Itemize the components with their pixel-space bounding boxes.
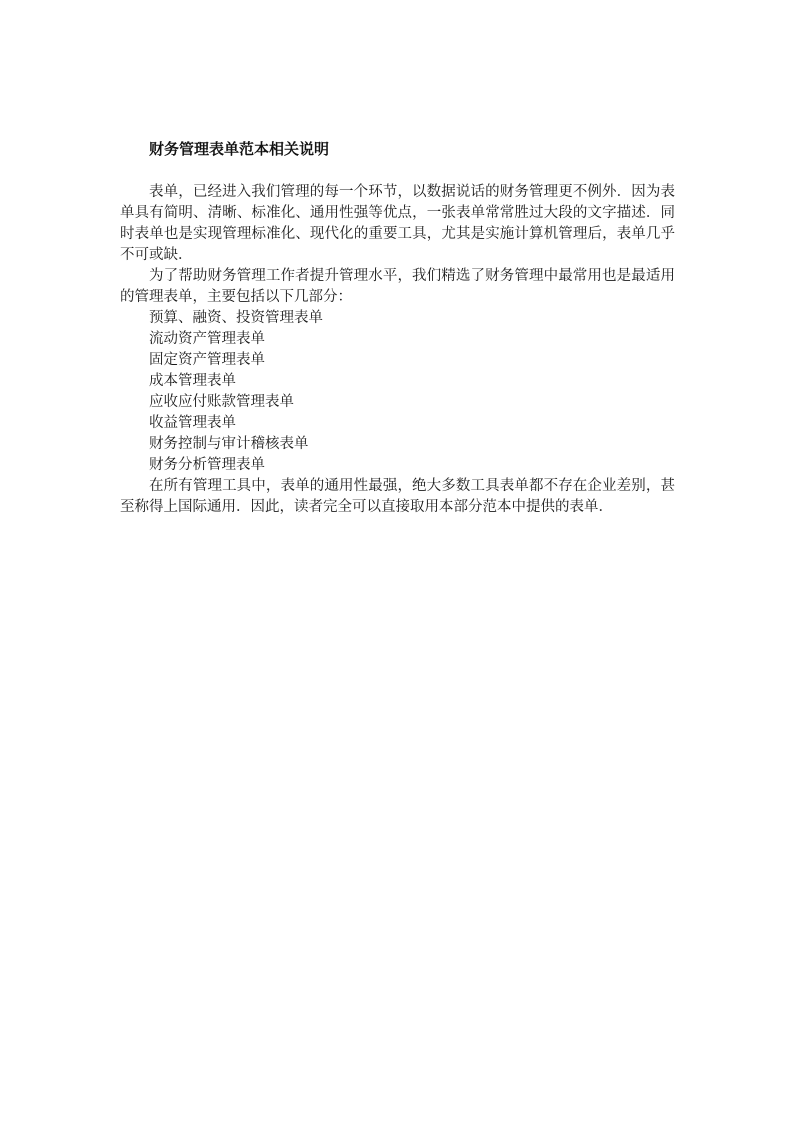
list-item: 固定资产管理表单 bbox=[120, 350, 675, 371]
list-item: 成本管理表单 bbox=[120, 371, 675, 392]
list-item: 流动资产管理表单 bbox=[120, 329, 675, 350]
document-content: 财务管理表单范本相关说明 表单，已经进入我们管理的每一个环节，以数据说话的财务管… bbox=[120, 139, 675, 518]
paragraph-selection: 为了帮助财务管理工作者提升管理水平，我们精选了财务管理中最常用也是最适用的管理表… bbox=[120, 266, 675, 308]
list-item: 预算、融资、投资管理表单 bbox=[120, 308, 675, 329]
document-page: 财务管理表单范本相关说明 表单，已经进入我们管理的每一个环节，以数据说话的财务管… bbox=[0, 0, 793, 1122]
form-category-list: 预算、融资、投资管理表单 流动资产管理表单 固定资产管理表单 成本管理表单 应收… bbox=[120, 308, 675, 476]
list-item: 财务分析管理表单 bbox=[120, 455, 675, 476]
list-item: 收益管理表单 bbox=[120, 413, 675, 434]
document-title: 财务管理表单范本相关说明 bbox=[149, 139, 675, 160]
list-item: 应收应付账款管理表单 bbox=[120, 392, 675, 413]
paragraph-intro: 表单，已经进入我们管理的每一个环节，以数据说话的财务管理更不例外．因为表单具有简… bbox=[120, 182, 675, 266]
paragraph-closing: 在所有管理工具中，表单的通用性最强，绝大多数工具表单都不存在企业差别，甚至称得上… bbox=[120, 476, 675, 518]
list-item: 财务控制与审计稽核表单 bbox=[120, 434, 675, 455]
